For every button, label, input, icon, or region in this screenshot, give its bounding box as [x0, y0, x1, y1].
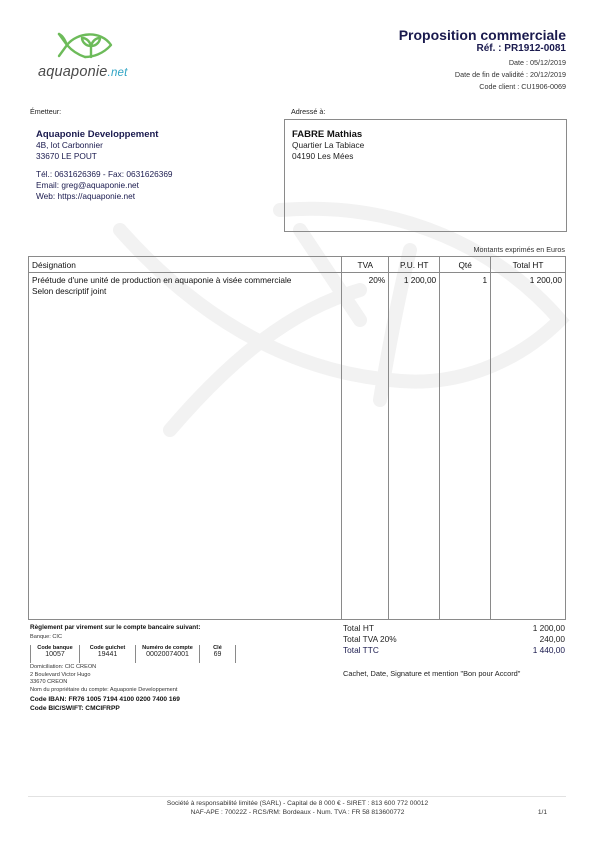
page-number: 1/1	[538, 809, 547, 816]
recipient-box: FABRE Mathias Quartier La Tabiace 04190 …	[284, 119, 567, 232]
item-detail: Selon descriptif joint	[32, 286, 338, 297]
total-ht-row: Total HT 1 200,00	[343, 623, 565, 634]
column-unit-price: P.U. HT	[389, 257, 440, 273]
sender-block: Aquaponie Developpement 4B, lot Carbonni…	[36, 129, 173, 202]
item-title: Préétude d'une unité de production en aq…	[32, 275, 338, 286]
sender-name: Aquaponie Developpement	[36, 129, 173, 140]
column-total: Total HT	[491, 257, 566, 273]
column-quantity: Qté	[440, 257, 491, 273]
domiciliation-address-1: 2 Boulevard Victor Hugo	[30, 672, 177, 680]
bank-domiciliation: Domiciliation: CIC CREON 2 Boulevard Vic…	[30, 664, 177, 694]
recipient-address-2: 04190 Les Mées	[292, 151, 364, 162]
currency-note: Montants exprimés en Euros	[474, 245, 565, 254]
company-logo: aquaponie.net	[55, 28, 145, 88]
bank-code-cell: Code banque 10057	[30, 645, 79, 663]
sender-address-2: 33670 LE POUT	[36, 151, 173, 162]
branch-code-cell: Code guichet 19441	[79, 645, 135, 663]
item-tva: 20%	[342, 273, 389, 300]
document-date: Date : 05/12/2019	[509, 58, 566, 67]
logo-tld: .net	[108, 67, 128, 79]
footer-legal-line-1: Société à responsabilité limitée (SARL) …	[0, 800, 595, 807]
recipient-label: Adressé à:	[291, 107, 325, 116]
total-ttc-value: 1 440,00	[533, 645, 565, 656]
footer-divider	[28, 796, 566, 797]
iban: Code IBAN: FR76 1005 7194 4100 0200 7400…	[30, 696, 180, 703]
total-ht-label: Total HT	[343, 623, 374, 634]
table-row: Préétude d'une unité de production en aq…	[29, 273, 566, 300]
totals-block: Total HT 1 200,00 Total TVA 20% 240,00 T…	[343, 623, 565, 656]
signature-note: Cachet, Date, Signature et mention "Bon …	[343, 669, 520, 678]
document-title: Proposition commerciale	[399, 27, 566, 43]
recipient-name: FABRE Mathias	[292, 129, 364, 140]
item-total: 1 200,00	[491, 273, 566, 300]
sender-phone: Tél.: 0631626369 - Fax: 0631626369	[36, 169, 173, 180]
domiciliation: Domiciliation: CIC CREON	[30, 664, 177, 672]
table-header-row: Désignation TVA P.U. HT Qté Total HT	[29, 257, 566, 273]
total-tva-row: Total TVA 20% 240,00	[343, 634, 565, 645]
column-tva: TVA	[342, 257, 389, 273]
client-code: Code client : CU1906-0069	[479, 82, 566, 91]
table-filler	[29, 299, 566, 620]
logo-name: aquaponie	[38, 64, 108, 80]
total-ttc-label: Total TTC	[343, 645, 379, 656]
item-unit-price: 1 200,00	[389, 273, 440, 300]
account-number-cell: Numéro de compte 00020074001	[135, 645, 199, 663]
sender-address-1: 4B, lot Carbonnier	[36, 140, 173, 151]
key-cell: Clé 69	[199, 645, 236, 663]
bank-name: Banque: CIC	[30, 634, 62, 640]
item-designation: Préétude d'une unité de production en aq…	[29, 273, 342, 300]
recipient-address-1: Quartier La Tabiace	[292, 140, 364, 151]
validity-date: Date de fin de validité : 20/12/2019	[455, 70, 566, 79]
fish-sprout-icon	[55, 28, 115, 62]
sender-label: Émetteur:	[30, 107, 61, 116]
total-tva-value: 240,00	[540, 634, 565, 645]
bank-details-table: Code banque 10057 Code guichet 19441 Num…	[30, 645, 236, 663]
total-ht-value: 1 200,00	[533, 623, 565, 634]
account-owner: Nom du propriétaire du compte: Aquaponie…	[30, 687, 177, 695]
total-ttc-row: Total TTC 1 440,00	[343, 645, 565, 656]
footer-legal-line-2: NAF-APE : 70022Z - RCS/RM: Bordeaux - Nu…	[0, 809, 595, 816]
bic-swift: Code BIC/SWIFT: CMCIFRPP	[30, 705, 120, 712]
domiciliation-address-2: 33670 CREON	[30, 679, 177, 687]
total-tva-label: Total TVA 20%	[343, 634, 397, 645]
document-reference: Réf. : PR1912-0081	[477, 43, 567, 54]
sender-website[interactable]: Web: https://aquaponie.net	[36, 191, 173, 202]
sender-email[interactable]: Email: greg@aquaponie.net	[36, 180, 173, 191]
item-quantity: 1	[440, 273, 491, 300]
logo-wordmark: aquaponie.net	[38, 64, 128, 80]
items-table: Désignation TVA P.U. HT Qté Total HT Pré…	[28, 256, 566, 620]
payment-title: Règlement par virement sur le compte ban…	[30, 624, 200, 631]
column-designation: Désignation	[29, 257, 342, 273]
